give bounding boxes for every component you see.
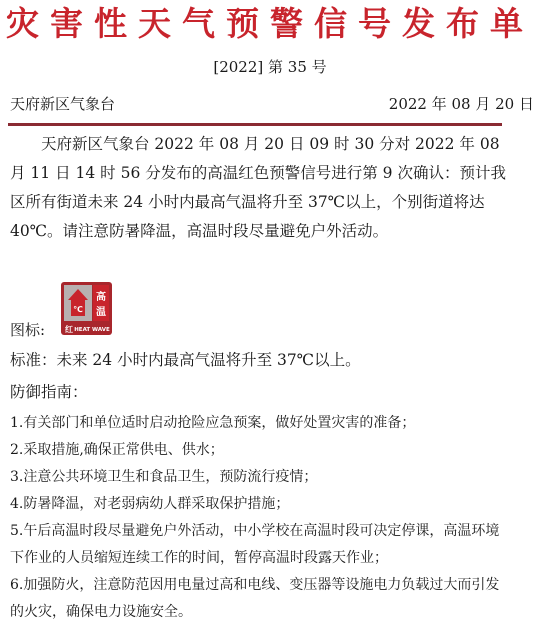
svg-text:温: 温 xyxy=(96,305,106,318)
heat-wave-red-warning-icon: ℃ 高 温 红 HEAT WAVE xyxy=(61,282,112,335)
guide-item: 1.有关部门和单位适时启动抢险应急预案，做好处置灾害的准备； xyxy=(10,410,510,437)
svg-text:高: 高 xyxy=(96,290,106,303)
svg-text:HEAT WAVE: HEAT WAVE xyxy=(74,327,110,333)
guide-item: 2.采取措施,确保正常供电、供水； xyxy=(10,437,510,464)
icon-label: 图标: xyxy=(10,320,45,340)
issue-date: 2022 年 08 月 20 日 xyxy=(389,94,534,114)
warning-standard: 标准：未来 24 小时内最高气温将升至 37℃以上。 xyxy=(10,350,361,370)
svg-text:℃: ℃ xyxy=(73,305,83,314)
defense-guide-title: 防御指南： xyxy=(10,382,88,402)
guide-item: 5.午后高温时段尽量避免户外活动，中小学校在高温时段可决定停课，高温环境下作业的… xyxy=(10,518,510,572)
header-divider xyxy=(8,123,502,126)
svg-text:红: 红 xyxy=(65,324,73,334)
guide-item: 4.防暑降温，对老弱病幼人群采取保护措施； xyxy=(10,491,510,518)
warning-body-text: 天府新区气象台 2022 年 08 月 20 日 09 时 30 分对 2022… xyxy=(10,130,510,246)
guide-item: 3.注意公共环境卫生和食品卫生，预防流行疫情； xyxy=(10,464,510,491)
document-number: [2022] 第 35 号 xyxy=(0,57,540,77)
document-title: 灾害性天气预警信号发布单 xyxy=(0,4,540,44)
issuer: 天府新区气象台 xyxy=(10,94,115,114)
defense-guide-list: 1.有关部门和单位适时启动抢险应急预案，做好处置灾害的准备； 2.采取措施,确保… xyxy=(10,410,510,626)
guide-item: 6.加强防火，注意防范因用电量过高和电线、变压器等设施电力负载过大而引发的火灾，… xyxy=(10,572,510,626)
